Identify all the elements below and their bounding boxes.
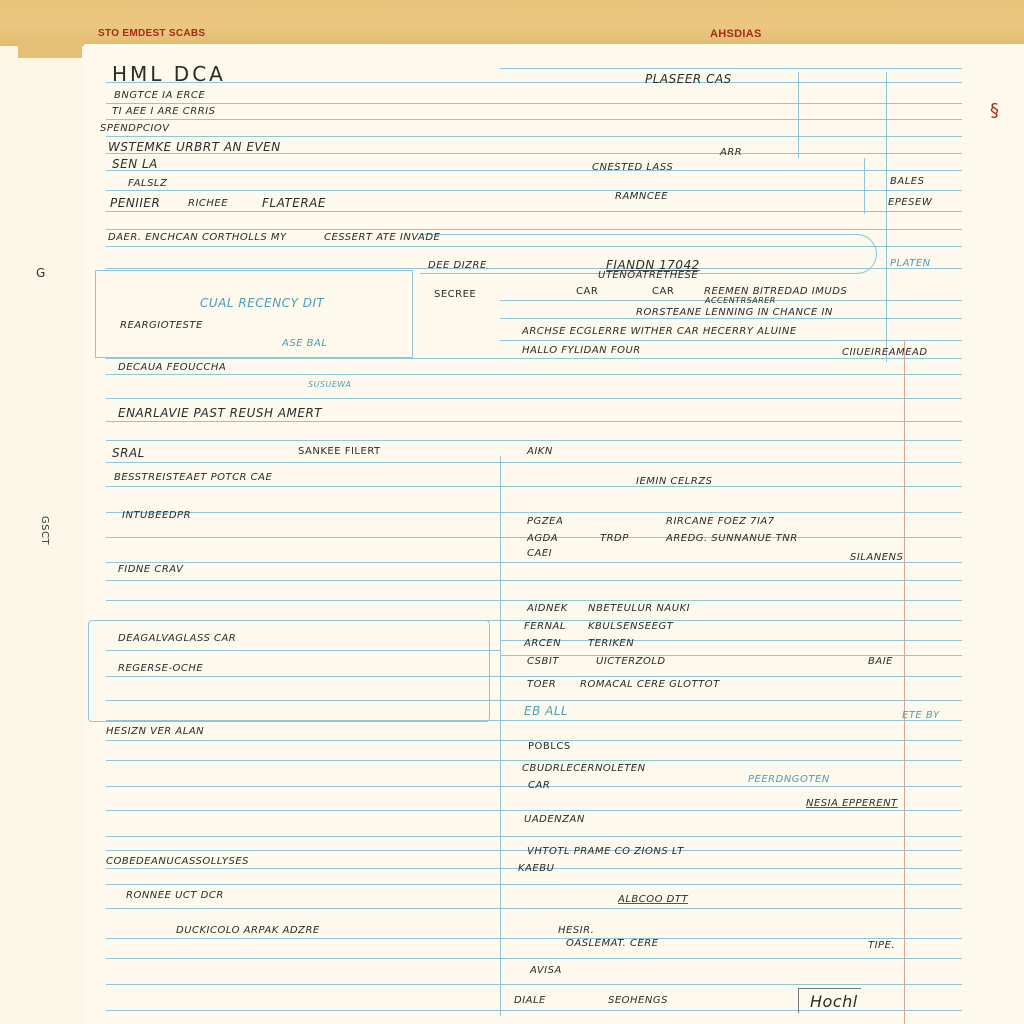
right-entry: OASLEMAT. CERE [566, 938, 659, 949]
right-entry: UADENZAN [524, 814, 585, 825]
rule-line [500, 836, 962, 837]
rule-line [106, 958, 500, 959]
footer-mid: SEOHENGS [608, 995, 668, 1006]
left-entry: COBEDEANUCASSOLLYSES [106, 856, 249, 867]
rule-line [106, 358, 500, 359]
folder-label-right: AHSDIAS [710, 28, 762, 40]
list-key: FERNAL [524, 621, 566, 632]
list-value: ROMACAL CERE GLOTTOT [580, 679, 720, 690]
rule-line [106, 103, 500, 104]
center-subtitle: UTENOATRETHESE [598, 270, 698, 281]
rule-line [106, 786, 500, 787]
right-entry: CAR [528, 780, 550, 791]
car-label: CAR [652, 286, 674, 297]
rule-line [500, 786, 962, 787]
rule-line [500, 676, 962, 677]
blue-stamp: PEERDNGOTEN [748, 774, 830, 785]
list-key: ARCEN [524, 638, 561, 649]
rule-line [500, 884, 962, 885]
rule-line [500, 398, 962, 399]
box-label: REARGIOTESTE [120, 320, 203, 331]
section-title: PLASEER CAS [645, 72, 732, 86]
rule-line [500, 600, 962, 601]
right-entry: IEMIN CELRZS [636, 476, 713, 487]
rule-line [500, 211, 962, 212]
rule-line [106, 740, 500, 741]
left-entry: SRAL [112, 446, 145, 460]
pair-key: AGDA [527, 533, 558, 544]
rule-line [500, 340, 962, 341]
document-title: HML DCA [112, 62, 226, 86]
pairs-note: SILANENS [850, 552, 903, 563]
list-key: TOER [527, 679, 556, 690]
rule-line [106, 374, 500, 375]
rule-line [106, 190, 500, 191]
left-margin-vertical-note: GSCT [39, 516, 50, 545]
folder-tab [18, 40, 82, 58]
rule-line [500, 119, 962, 120]
manila-folder [0, 0, 1024, 46]
rule-line [106, 486, 500, 487]
list-key: CSBIT [527, 656, 559, 667]
side-label: DEE DIZRE [428, 260, 487, 271]
left-entry-right: SANKEE FILERT [298, 446, 381, 457]
rule-line [500, 229, 962, 230]
divider-vertical [864, 158, 865, 214]
folder-label-left: STO EMDEST SCABS [98, 28, 205, 39]
rule-line [106, 850, 500, 851]
sub-row: HALLO FYLIDAN FOUR [522, 345, 641, 356]
rule-line [500, 358, 962, 359]
left-entry: RONNEE UCT DCR [126, 890, 224, 901]
rule-line [106, 1010, 500, 1011]
corner-label: EPESEW [888, 197, 932, 208]
rule-line [500, 190, 962, 191]
header-line: TI AEE I ARE CRRIS [112, 106, 215, 117]
rule-line [500, 908, 962, 909]
signature: Hochl [810, 992, 858, 1011]
rule-line [106, 760, 500, 761]
rule-line [106, 868, 500, 869]
rule-line [106, 170, 500, 171]
rule-line [106, 908, 500, 909]
rule-line [106, 537, 500, 538]
left-entry: HESIZN VER ALAN [106, 726, 204, 737]
rule-line [106, 810, 500, 811]
header-line: WSTEMKE URBRT AN EVEN [108, 140, 281, 154]
rule-line [106, 580, 500, 581]
list-value: KBULSENSEEGT [588, 621, 673, 632]
side-label: SECREE [434, 289, 476, 300]
left-entry: DECAUA FEOUCCHA [118, 362, 226, 373]
rule-line [106, 938, 500, 939]
box-blue-note: CUAL RECENCY DIT [200, 296, 324, 310]
pair-key: CAEI [527, 548, 552, 559]
rule-line [500, 958, 962, 959]
rule-line [500, 810, 962, 811]
left-entry: ENARLAVIE PAST REUSH AMERT [118, 406, 322, 420]
left-entry: DEAGALVAGLASS CAR [118, 633, 236, 644]
rule-line [106, 984, 500, 985]
rule-line [500, 760, 962, 761]
rule-line [500, 318, 962, 319]
margin-rule [904, 340, 905, 1024]
rule-line [500, 620, 962, 621]
section-line-right: CESSERT ATE INVADE [324, 232, 440, 243]
sub-row: ARCHSE ECGLERRE WITHER CAR HECERRY ALUIN… [522, 326, 797, 337]
row-label: RICHEE [188, 198, 228, 209]
rule-line [106, 884, 500, 885]
right-margin-symbol: § [990, 100, 1000, 121]
left-entry: INTUBEEDPR [122, 510, 191, 521]
right-entry: AVISA [530, 965, 562, 976]
rule-line [500, 512, 962, 513]
rule-line [500, 868, 962, 869]
rule-line [106, 398, 500, 399]
right-entry: VHTOTL PRAME CO ZIONS LT [527, 846, 684, 857]
right-entry: AIKN [527, 446, 553, 457]
underlined-entry: ALBCOO DTT [618, 894, 688, 905]
right-entry: CBUDRLECERNOLETEN [522, 763, 646, 774]
field-label: CNESTED LASS [592, 162, 673, 173]
notes-box [95, 270, 413, 358]
rule-line [500, 421, 962, 422]
rule-line [106, 440, 500, 441]
right-entry: POBLCS [528, 741, 571, 752]
rule-line [106, 211, 500, 212]
left-entry: FIDNE CRAV [118, 564, 184, 575]
blue-tag: PLATEN [890, 258, 931, 269]
rule-line [106, 421, 500, 422]
header-line: SEN LA [112, 157, 158, 171]
pair-mid: TRDP [600, 533, 629, 544]
divider-vertical [886, 72, 887, 362]
list-note: BAIE [868, 656, 893, 667]
left-entry: REGERSE-OCHE [118, 663, 203, 674]
left-entry: BESSTREISTEAET POTCR CAE [114, 472, 272, 483]
right-entry: KAEBU [518, 863, 554, 874]
rule-line [106, 600, 500, 601]
left-entry: DUCKICOLO ARPAK ADZRE [176, 925, 320, 936]
rule-line [106, 462, 500, 463]
blue-note: EB ALL [524, 704, 568, 718]
rule-line [500, 486, 962, 487]
rule-line [500, 103, 962, 104]
list-value: TERIKEN [588, 638, 634, 649]
rule-line [106, 136, 500, 137]
rule-line [106, 119, 500, 120]
rule-line [500, 640, 962, 641]
row-label: PENIIER [110, 196, 160, 210]
rule-line [106, 562, 500, 563]
section-line: DAER. ENCHCAN CORTHOLLS MY [108, 232, 287, 243]
rule-line [500, 68, 962, 69]
row-label: FLATERAE [262, 196, 326, 210]
signed-line: NESIA EPPERENT [806, 798, 898, 809]
car-label: CAR [576, 286, 598, 297]
pair-value: AREDG. SUNNANUE TNR [666, 533, 798, 544]
rule-line [500, 720, 962, 721]
field-label: RAMNCEE [615, 191, 668, 202]
list-value: NBETEULUR NAUKI [588, 603, 690, 614]
list-key: AIDNEK [527, 603, 568, 614]
rule-line [500, 700, 962, 701]
right-note: CIIUEIREAMEAD [842, 347, 928, 358]
pair-value: RIRCANE FOEZ 7IA7 [666, 516, 775, 527]
rule-line [500, 580, 962, 581]
left-margin-symbol: G [36, 266, 46, 280]
sub-row: ACCENTRSARER [705, 296, 776, 305]
sub-row: RORSTEANE LENNING IN CHANCE IN [636, 307, 833, 318]
rule-line [500, 374, 962, 375]
rule-line [500, 462, 962, 463]
rule-line [106, 836, 500, 837]
header-line: BNGTCE IA ERCE [114, 90, 205, 101]
footer-left: DIALE [514, 995, 546, 1006]
divider-vertical [798, 72, 799, 158]
box-blue-note: ASE BAL [282, 338, 327, 349]
header-line: FALSLZ [128, 178, 167, 189]
rule-line [500, 1010, 962, 1011]
rule-line [500, 170, 962, 171]
pair-key: PGZEA [527, 516, 563, 527]
right-entry: HESIR. [558, 925, 594, 936]
rule-line [500, 136, 962, 137]
small-label: ARR [720, 147, 742, 158]
right-entry-note: TIPE. [868, 940, 895, 951]
corner-label: BALES [890, 176, 924, 187]
header-line: SPENDPCIOV [100, 123, 170, 134]
blue-note: ETE BY [902, 710, 940, 721]
rule-line [106, 229, 500, 230]
rule-line [500, 440, 962, 441]
column-divider [500, 456, 501, 1016]
blue-scribble: SUSUEWA [308, 380, 351, 389]
list-value: UICTERZOLD [596, 656, 666, 667]
rule-line [500, 984, 962, 985]
